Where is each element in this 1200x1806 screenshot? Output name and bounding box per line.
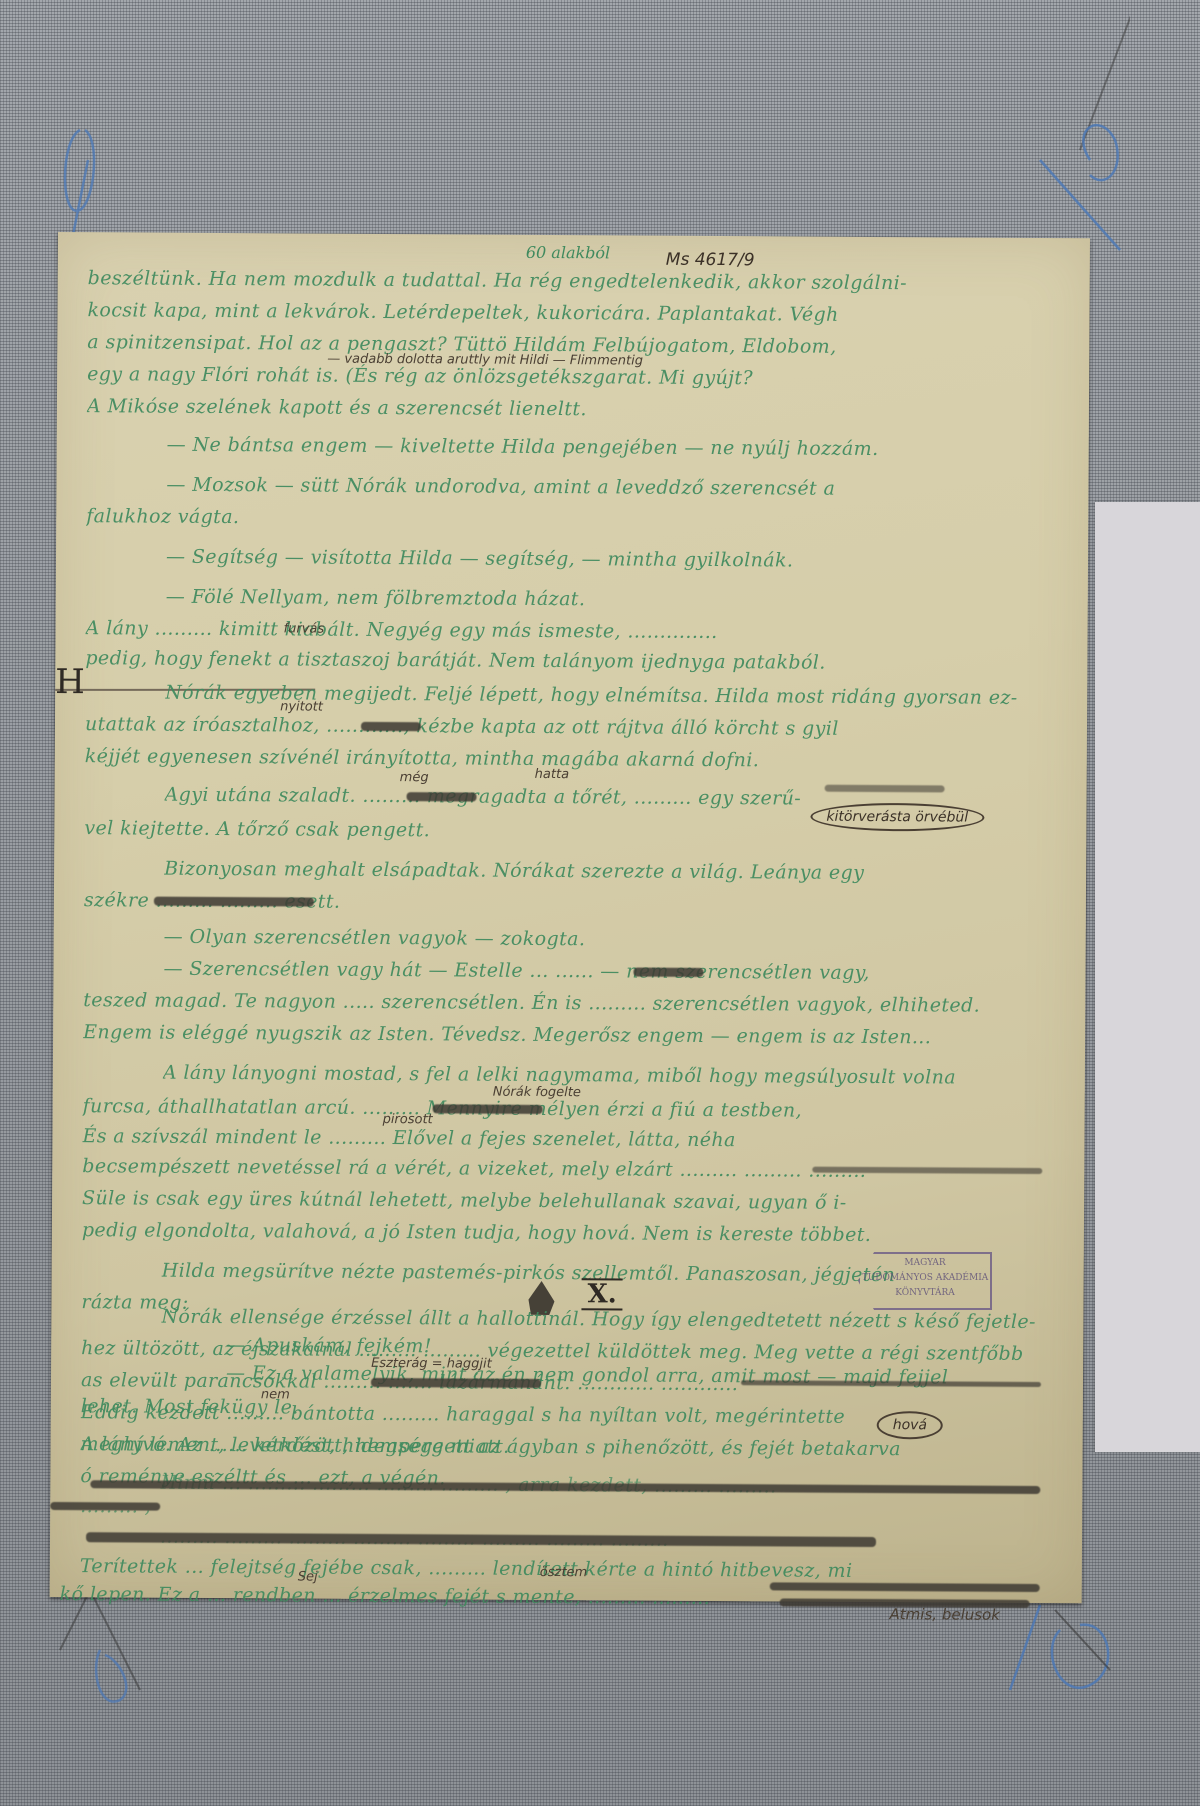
strikethrough — [371, 1378, 541, 1388]
library-stamp: MAGYAR TUDOMÁNYOS AKADÉMIA KÖNYVTÁRA — [858, 1252, 992, 1310]
strikethrough — [50, 1502, 160, 1511]
manuscript-lower-text: Nórák ellensége érzéssel állt a hallotti… — [50, 232, 1090, 1603]
corner-mark-bottom-right — [1000, 1600, 1140, 1720]
text-line: hez ültözött, az éjszakainál ......... .… — [81, 1336, 1043, 1366]
text-line-struck: ......... , — [80, 1494, 1042, 1524]
circled-pencil-note: hová — [877, 1411, 943, 1439]
pencil-annotation: ösztem — [540, 1565, 587, 1580]
pencil-annotation: nem — [261, 1387, 290, 1402]
corner-mark-bottom-left — [50, 1590, 190, 1720]
stamp-line-3: KÖNYVTÁRA — [860, 1286, 990, 1301]
white-backing-sheet — [1095, 502, 1200, 1452]
corner-mark-top-right — [1010, 0, 1130, 260]
pencil-annotation: Sej — [298, 1569, 318, 1584]
stamp-line-1: MAGYAR — [860, 1256, 990, 1271]
strikethrough — [770, 1582, 1040, 1592]
pencil-annotation: Atmis, belusok — [890, 1605, 1000, 1624]
stamp-line-2: TUDOMÁNYOS AKADÉMIA — [860, 1271, 990, 1286]
